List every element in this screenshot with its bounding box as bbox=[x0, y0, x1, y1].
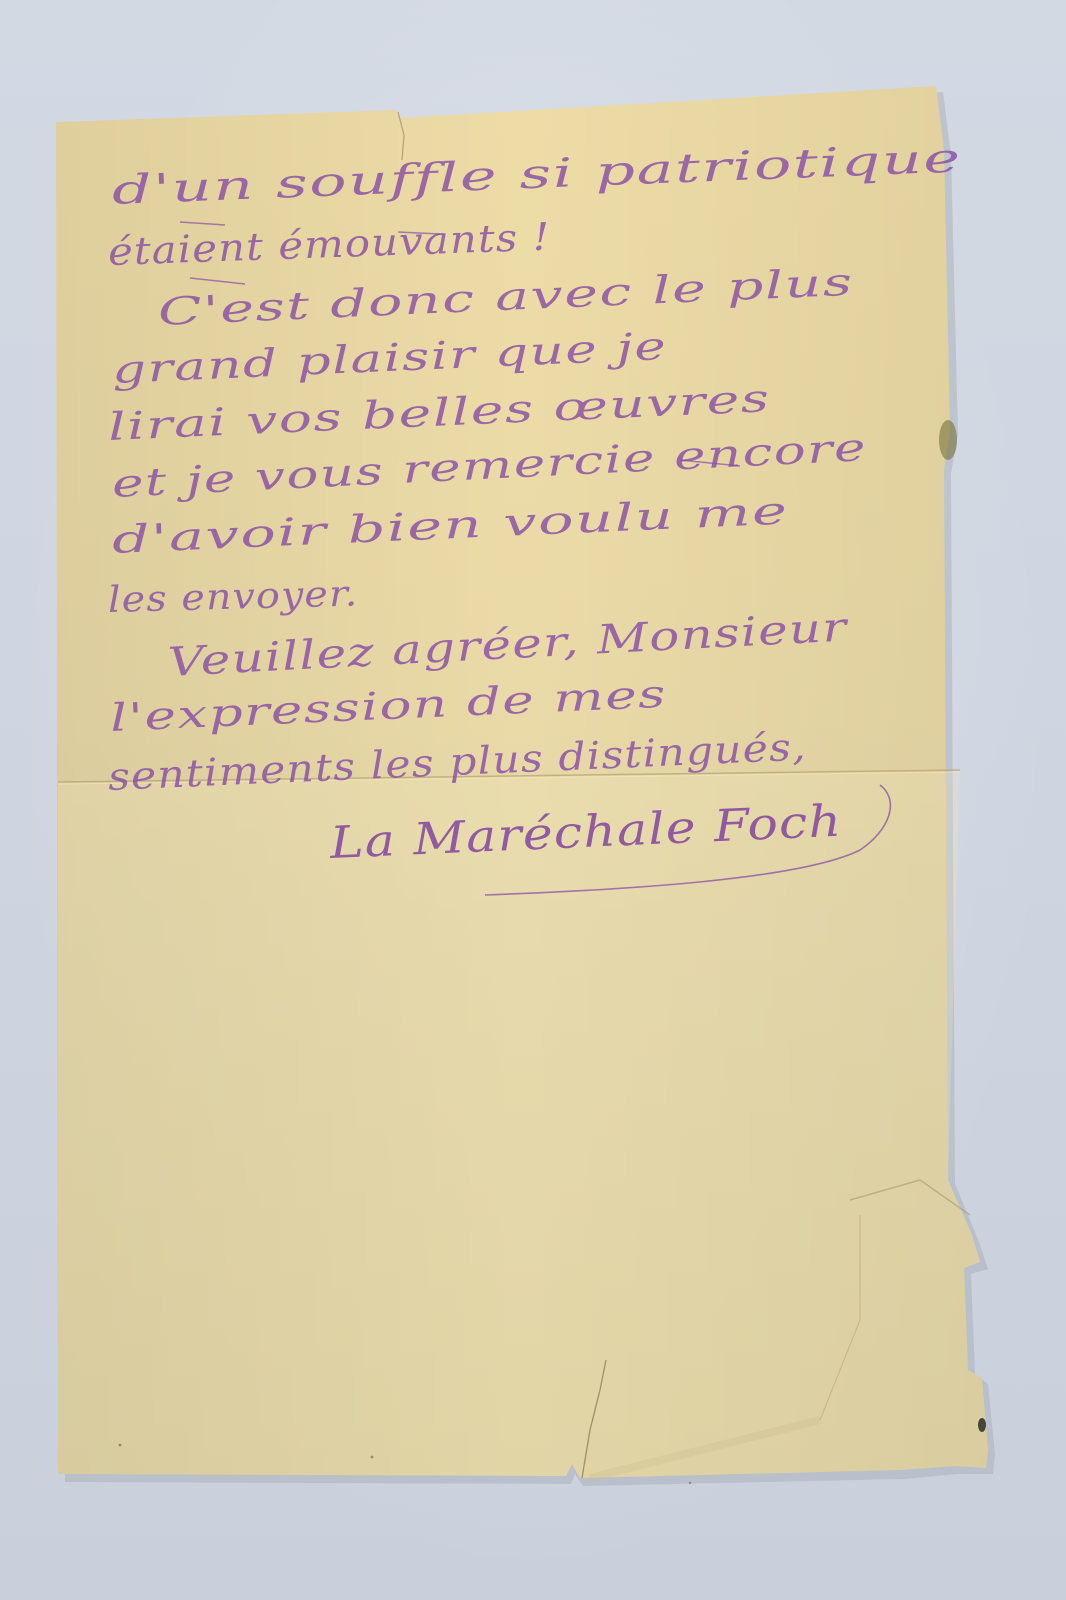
letter-line-3: C'est donc avec le plus bbox=[157, 260, 854, 334]
letter-line-8: les envoyer. bbox=[107, 573, 358, 621]
letter-line-1: d'un souffle si patriotique bbox=[111, 135, 962, 214]
letter-line-4: grand plaisir que je bbox=[111, 324, 668, 392]
letter-line-11: sentiments les plus distingués, bbox=[107, 725, 807, 799]
letter-line-2: étaient émouvants ! bbox=[107, 215, 551, 274]
letter-body: d'un souffle si patriotique étaient émou… bbox=[0, 0, 1066, 1600]
signature: La Maréchale Foch bbox=[329, 796, 843, 869]
